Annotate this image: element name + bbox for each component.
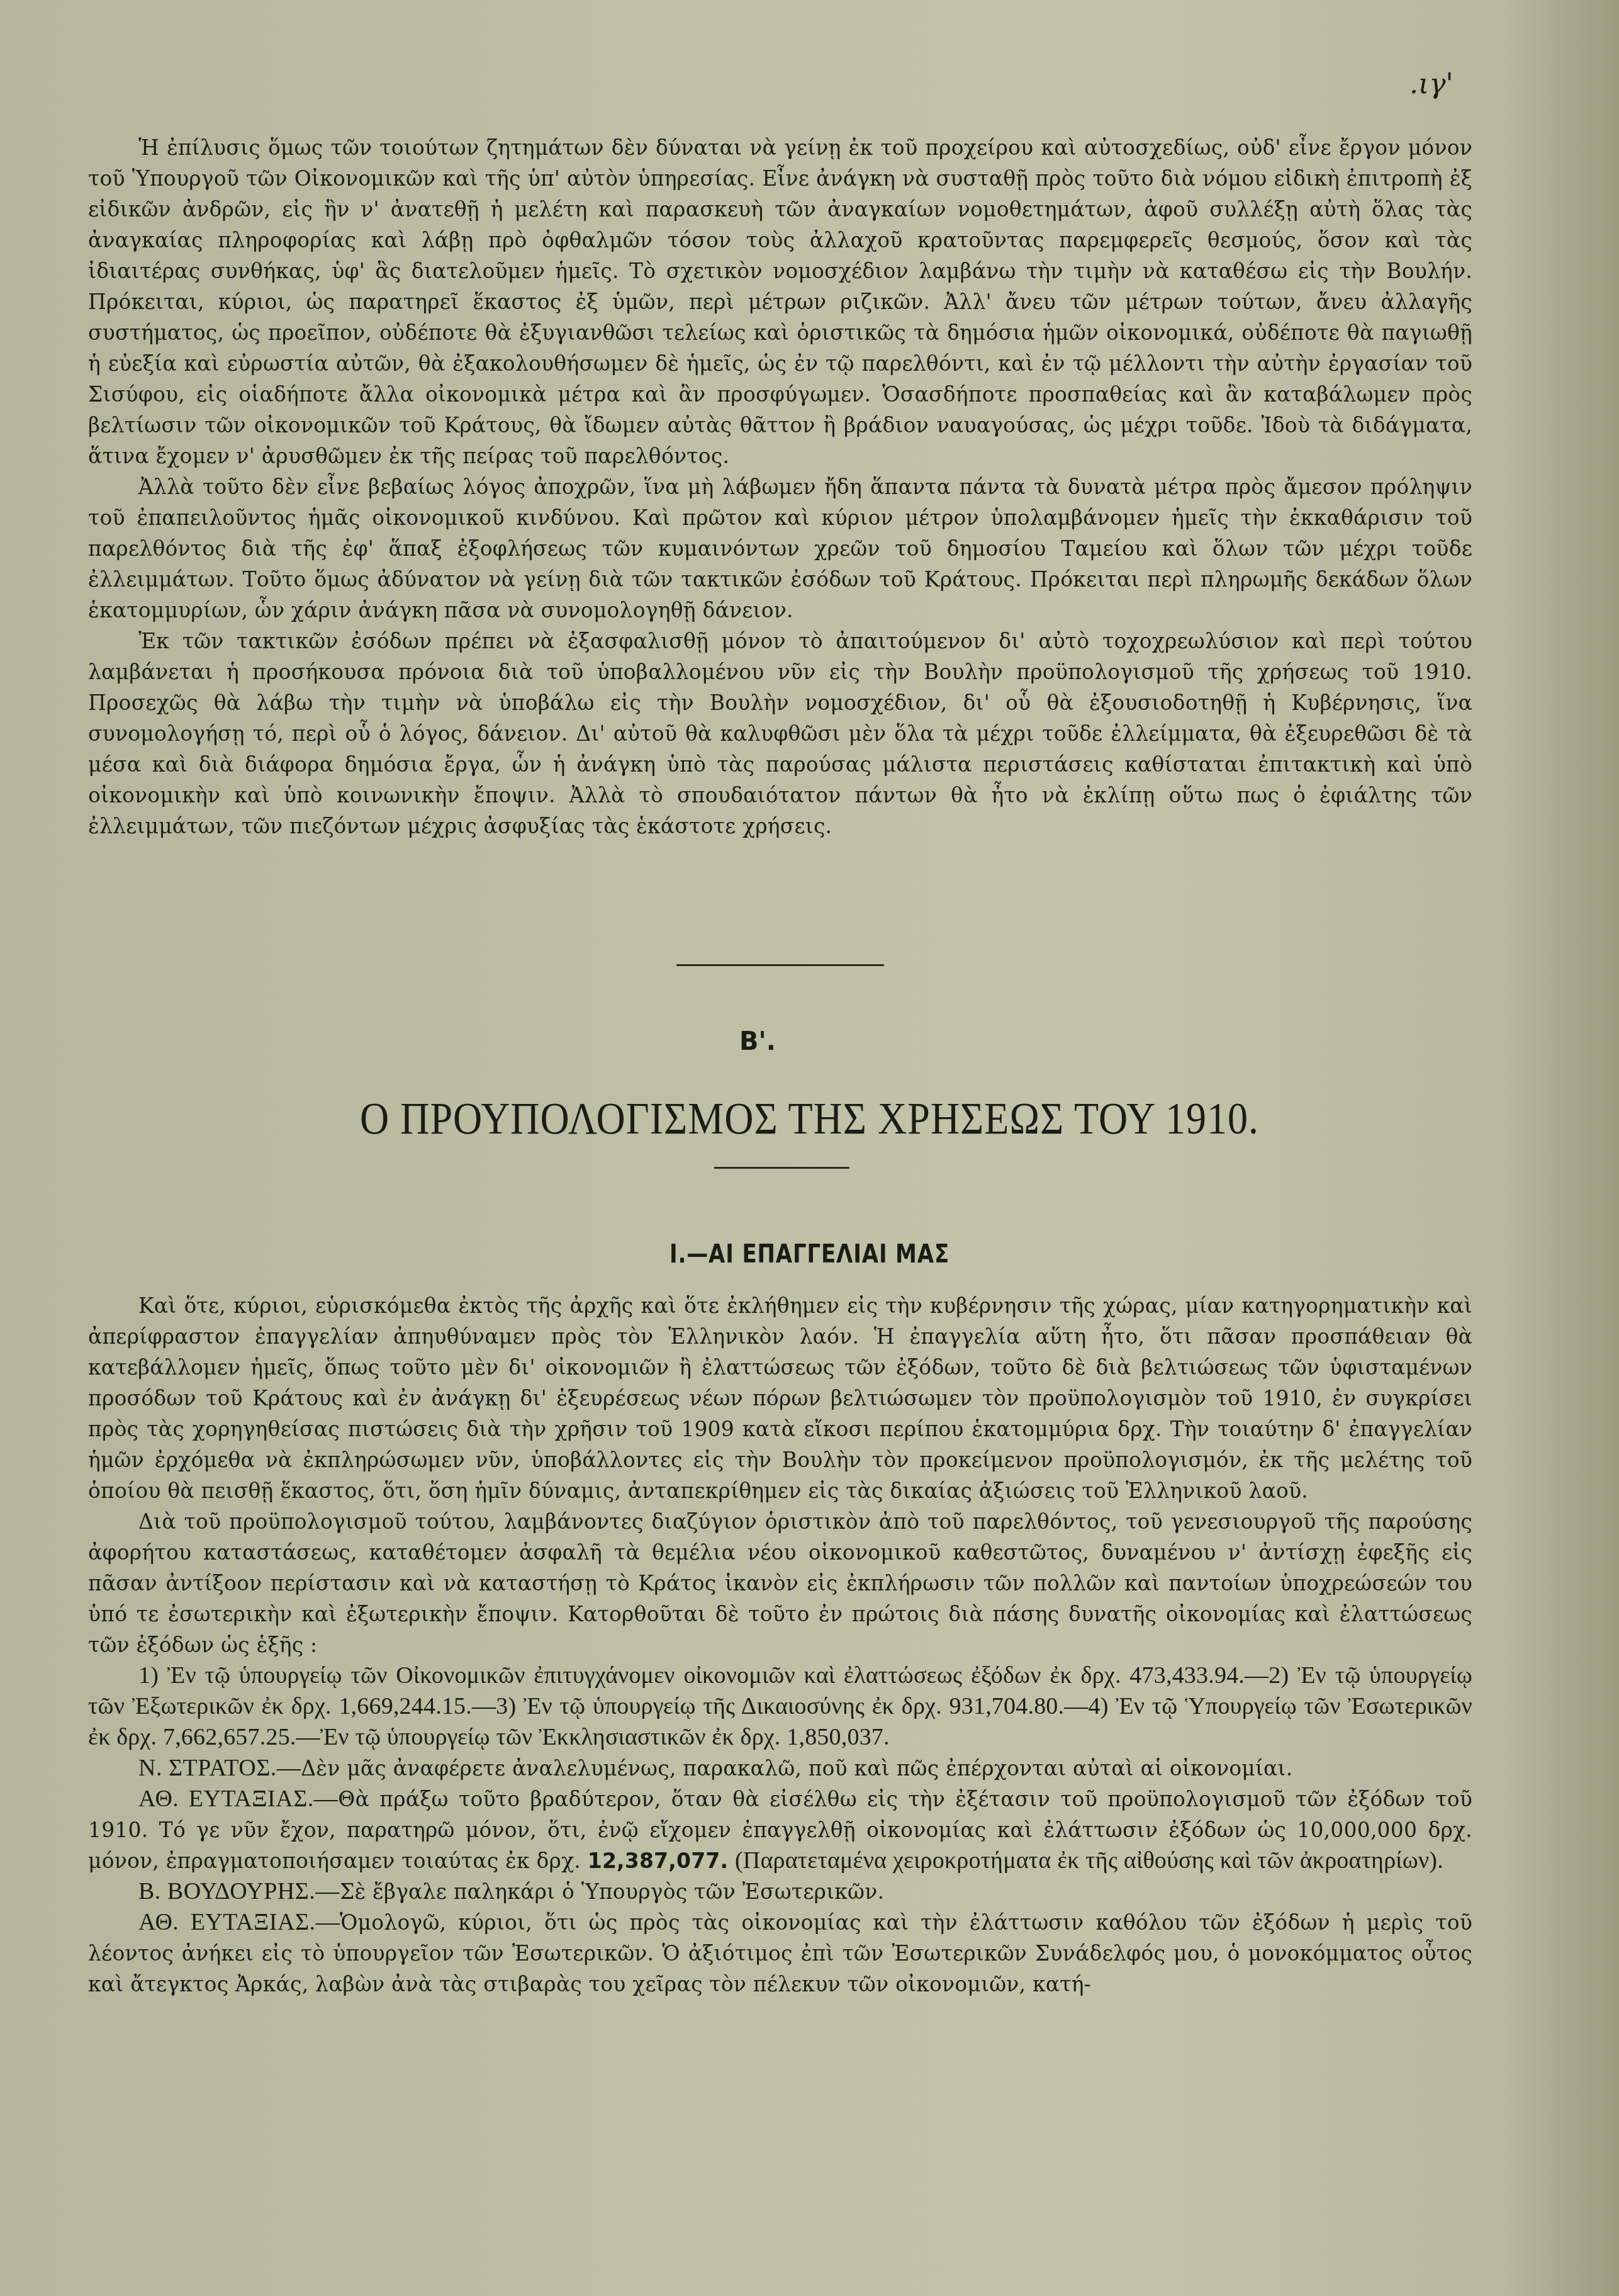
divider-rule [714,1167,849,1169]
speaker-name: ΑΘ. ΕΥΤΑΞΙΑΣ.— [138,1786,338,1812]
debate-entry: Β. ΒΟΥΔΟΥΡΗΣ.—Σὲ ἔβγαλε παληκάρι ὁ Ὑπουρ… [88,1876,1472,1907]
body-text: Καὶ ὅτε, κύριοι, εὑρισκόμεθα ἐκτὸς τῆς ἀ… [88,1290,1472,2000]
speaker-name: Β. ΒΟΥΔΟΥΡΗΣ.— [138,1878,340,1905]
paragraph: Ἡ ἐπίλυσις ὅμως τῶν τοιούτων ζητημάτων δ… [88,132,1472,471]
debate-entry: ΑΘ. ΕΥΤΑΞΙΑΣ.—Θὰ πράξω τοῦτο βραδύτερον,… [88,1784,1472,1876]
paragraph: Ἀλλὰ τοῦτο δὲν εἶνε βεβαίως λόγος ἀποχρῶ… [88,471,1472,626]
speaker-name: Ν. ΣΤΡΑΤΟΣ.— [138,1755,301,1781]
section-letter: Β'. [739,1027,776,1056]
speaker-name: ΑΘ. ΕΥΤΑΞΙΑΣ.— [138,1909,340,1935]
paragraph: Ἐκ τῶν τακτικῶν ἐσόδων πρέπει νὰ ἐξασφαλ… [88,626,1472,841]
divider-rule [676,964,884,966]
savings-list: 1) Ἐν τῷ ὑπουργείῳ τῶν Οἰκονομικῶν ἐπιτυ… [88,1660,1472,1753]
debate-entry: Ν. ΣΤΡΑΤΟΣ.—Δὲν μᾶς ἀναφέρετε ἀναλελυμέν… [88,1753,1472,1784]
section-title: Ο ΠΡΟΥΠΟΛΟΓΙΣΜΟΣ ΤΗΣ ΧΡΗΣΕΩΣ ΤΟΥ 1910. [0,1093,1619,1145]
subsection-title: I.—ΑΙ ΕΠΑΓΓΕΛΙΑΙ ΜΑΣ [121,1240,1498,1269]
page-number: .ιγ' [1409,68,1454,100]
speech-text: Σὲ ἔβγαλε παληκάρι ὁ Ὑπουργὸς τῶν Ἐσωτερ… [340,1879,884,1904]
speech-text: Δὲν μᾶς ἀναφέρετε ἀναλελυμένως, παρακαλῶ… [301,1756,1292,1781]
applause-note: (Παρατεταμένα χειροκροτήματα ἐκ τῆς αἰθο… [735,1847,1443,1874]
paragraph: Διὰ τοῦ προϋπολογισμοῦ τούτου, λαμβάνοντ… [88,1506,1472,1660]
scanned-page: .ιγ' Ἡ ἐπίλυσις ὅμως τῶν τοιούτων ζητημά… [0,0,1619,2296]
paragraph: Καὶ ὅτε, κύριοι, εὑρισκόμεθα ἐκτὸς τῆς ἀ… [88,1290,1472,1506]
debate-entry: ΑΘ. ΕΥΤΑΞΙΑΣ.—Ὁμολογῶ, κύριοι, ὅτι ὡς πρ… [88,1907,1472,2000]
intro-text: Ἡ ἐπίλυσις ὅμως τῶν τοιούτων ζητημάτων δ… [88,132,1472,841]
total-savings-amount: 12,387,077. [588,1849,729,1873]
